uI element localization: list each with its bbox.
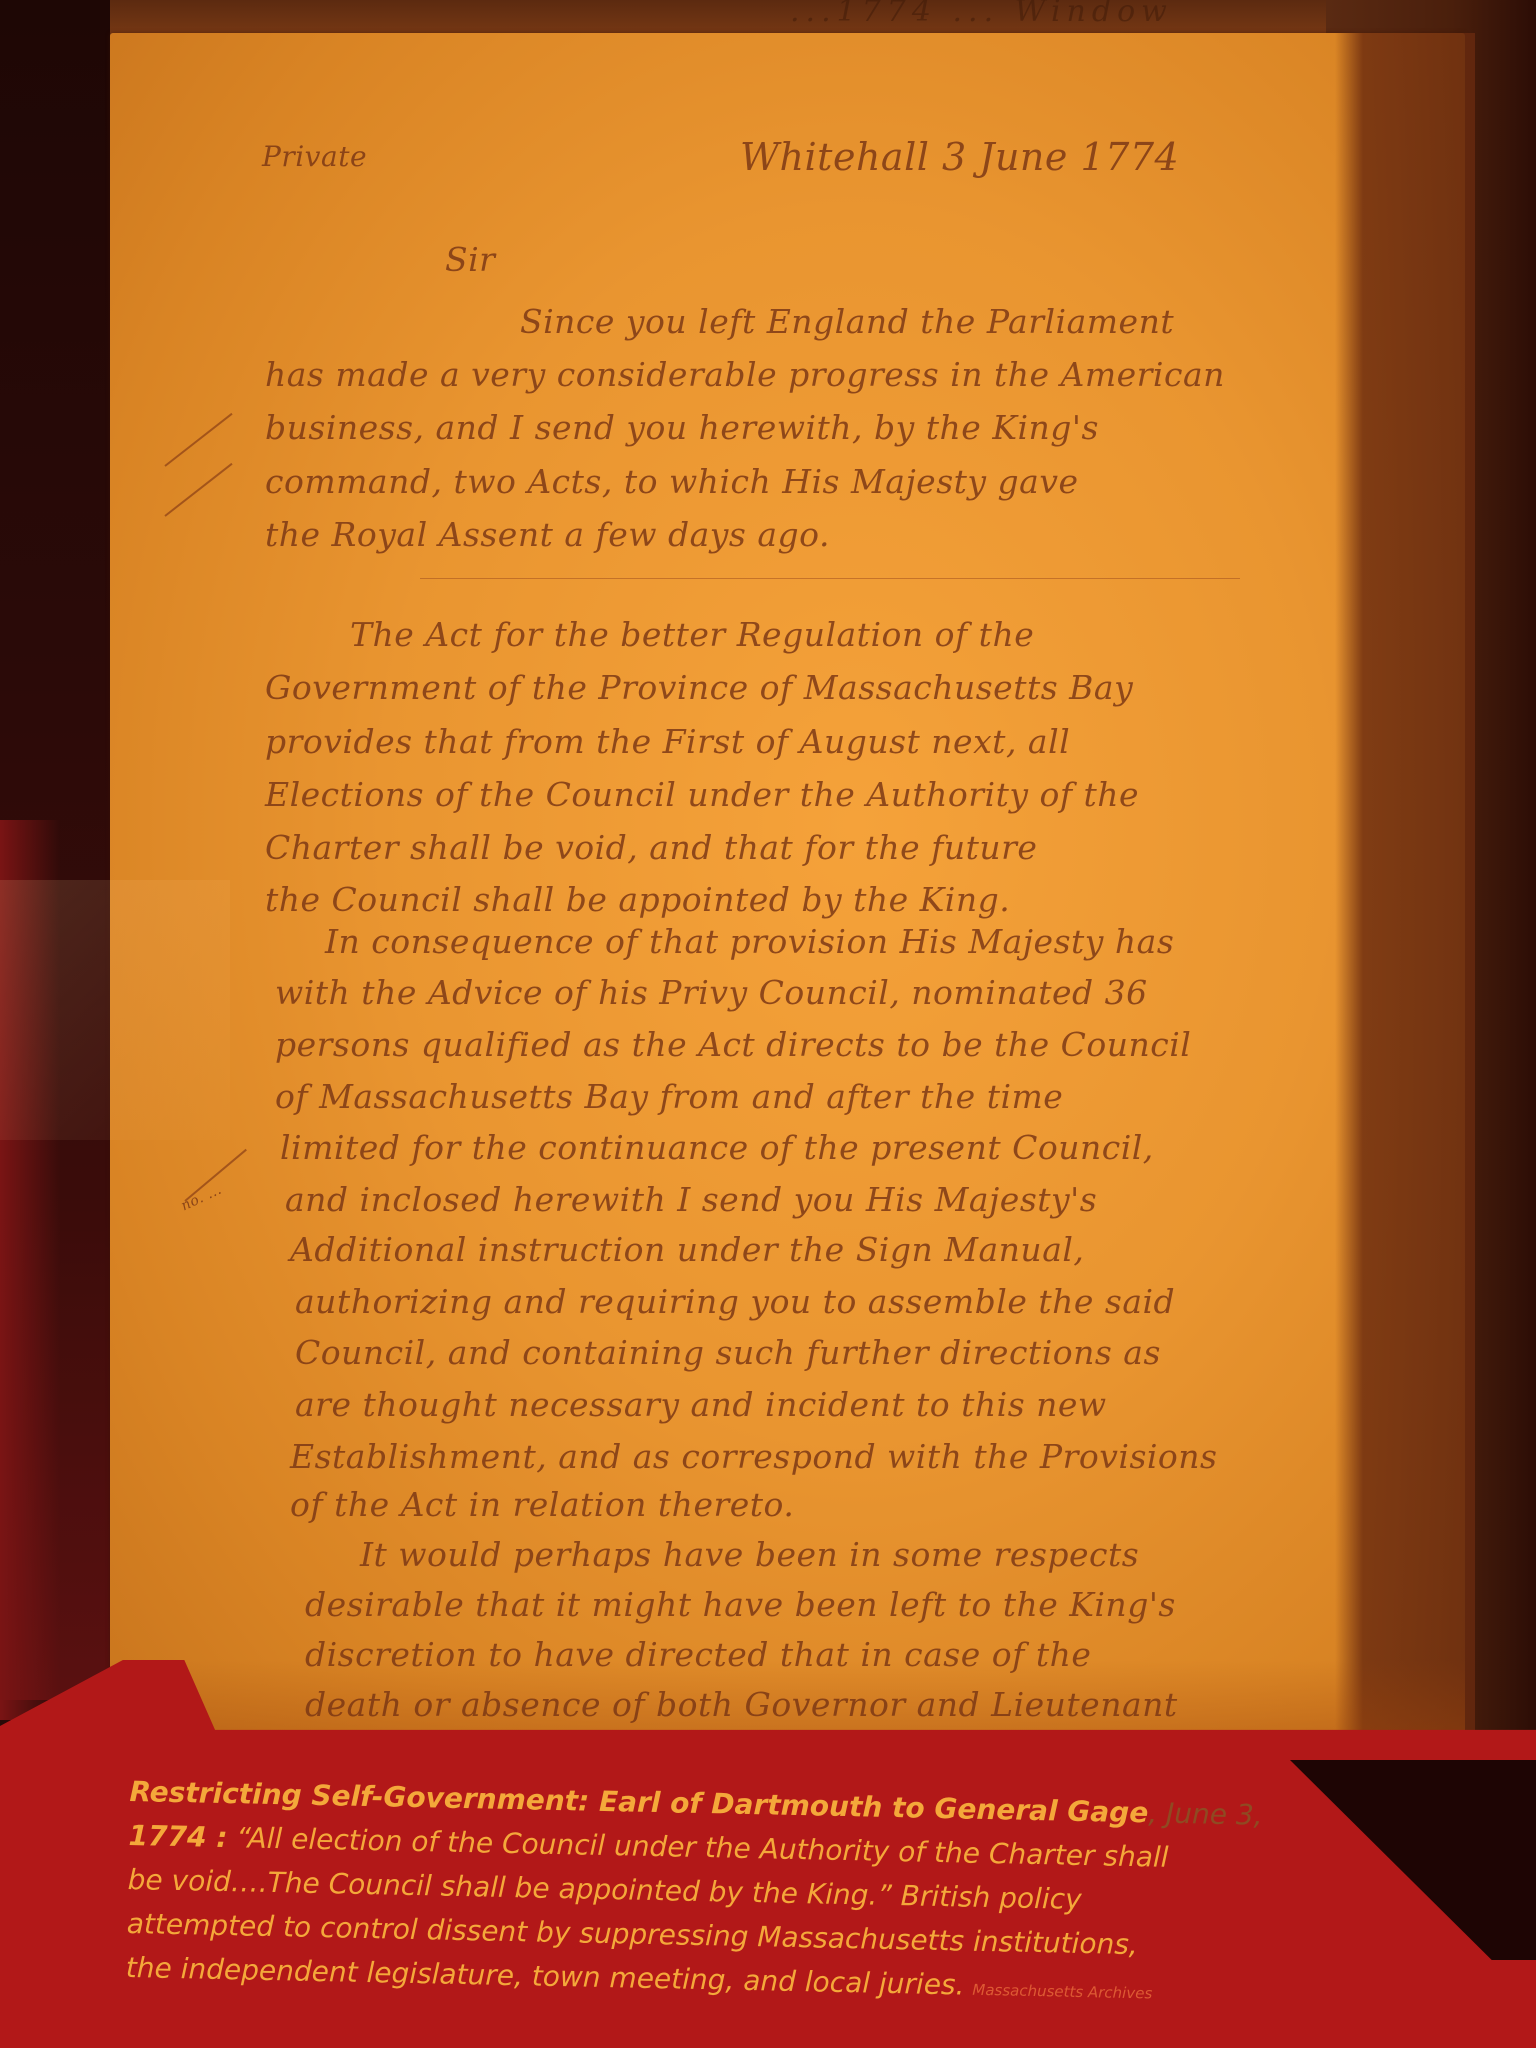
- label-year: 1774 :: [128, 1819, 228, 1854]
- letter-salutation: Sir: [445, 240, 495, 279]
- letter-line: and inclosed herewith I send you His Maj…: [285, 1180, 1097, 1219]
- letter-line: It would perhaps have been in some respe…: [360, 1535, 1139, 1574]
- letter-line: of Massachusetts Bay from and after the …: [275, 1077, 1063, 1116]
- letter-header-dateline: Whitehall 3 June 1774: [740, 135, 1179, 179]
- letter-line: discretion to have directed that in case…: [305, 1635, 1091, 1674]
- label-credit: Massachusetts Archives: [972, 1981, 1152, 2003]
- letter-line: authorizing and requiring you to assembl…: [295, 1282, 1175, 1321]
- letter-line: Establishment, and as correspond with th…: [290, 1437, 1218, 1476]
- letter-line: Since you left England the Parliament: [520, 302, 1174, 341]
- label-title-date: , June 3,: [1148, 1796, 1263, 1831]
- letter-line: Government of the Province of Massachuse…: [265, 668, 1133, 707]
- letter-line: In consequence of that provision His Maj…: [325, 922, 1174, 961]
- letter-line: The Act for the better Regulation of the: [350, 615, 1034, 654]
- previous-page-faded-text: ...1774 ... Window: [790, 0, 1390, 24]
- letter-line: persons qualified as the Act directs to …: [275, 1025, 1191, 1064]
- letter-header-private: Private: [262, 140, 367, 173]
- exhibit-label-text: Restricting Self-Government: Earl of Dar…: [125, 1770, 1529, 2023]
- letter-line: Elections of the Council under the Autho…: [265, 775, 1139, 814]
- letter-line: death or absence of both Governor and Li…: [305, 1685, 1178, 1724]
- paper-shadow-right: [1335, 33, 1475, 1793]
- letter-line: Additional instruction under the Sign Ma…: [290, 1230, 1084, 1269]
- letter-line: Council, and containing such further dir…: [295, 1333, 1161, 1372]
- separator-line: [420, 578, 1240, 579]
- letter-line: the Council shall be appointed by the Ki…: [265, 880, 1010, 919]
- letter-line: business, and I send you herewith, by th…: [265, 408, 1099, 447]
- letter-line: with the Advice of his Privy Council, no…: [275, 973, 1148, 1012]
- letter-line: the Royal Assent a few days ago.: [265, 515, 830, 554]
- letter-line: has made a very considerable progress in…: [265, 355, 1225, 394]
- letter-line: provides that from the First of August n…: [265, 722, 1070, 761]
- letter-line: Charter shall be void, and that for the …: [265, 828, 1037, 867]
- letter-line: limited for the continuance of the prese…: [280, 1128, 1154, 1167]
- letter-line: of the Act in relation thereto.: [290, 1485, 794, 1524]
- letter-line: desirable that it might have been left t…: [305, 1585, 1176, 1624]
- glass-reflection: [0, 880, 230, 1140]
- letter-line: command, two Acts, to which His Majesty …: [265, 462, 1079, 501]
- letter-line: are thought necessary and incident to th…: [295, 1385, 1107, 1424]
